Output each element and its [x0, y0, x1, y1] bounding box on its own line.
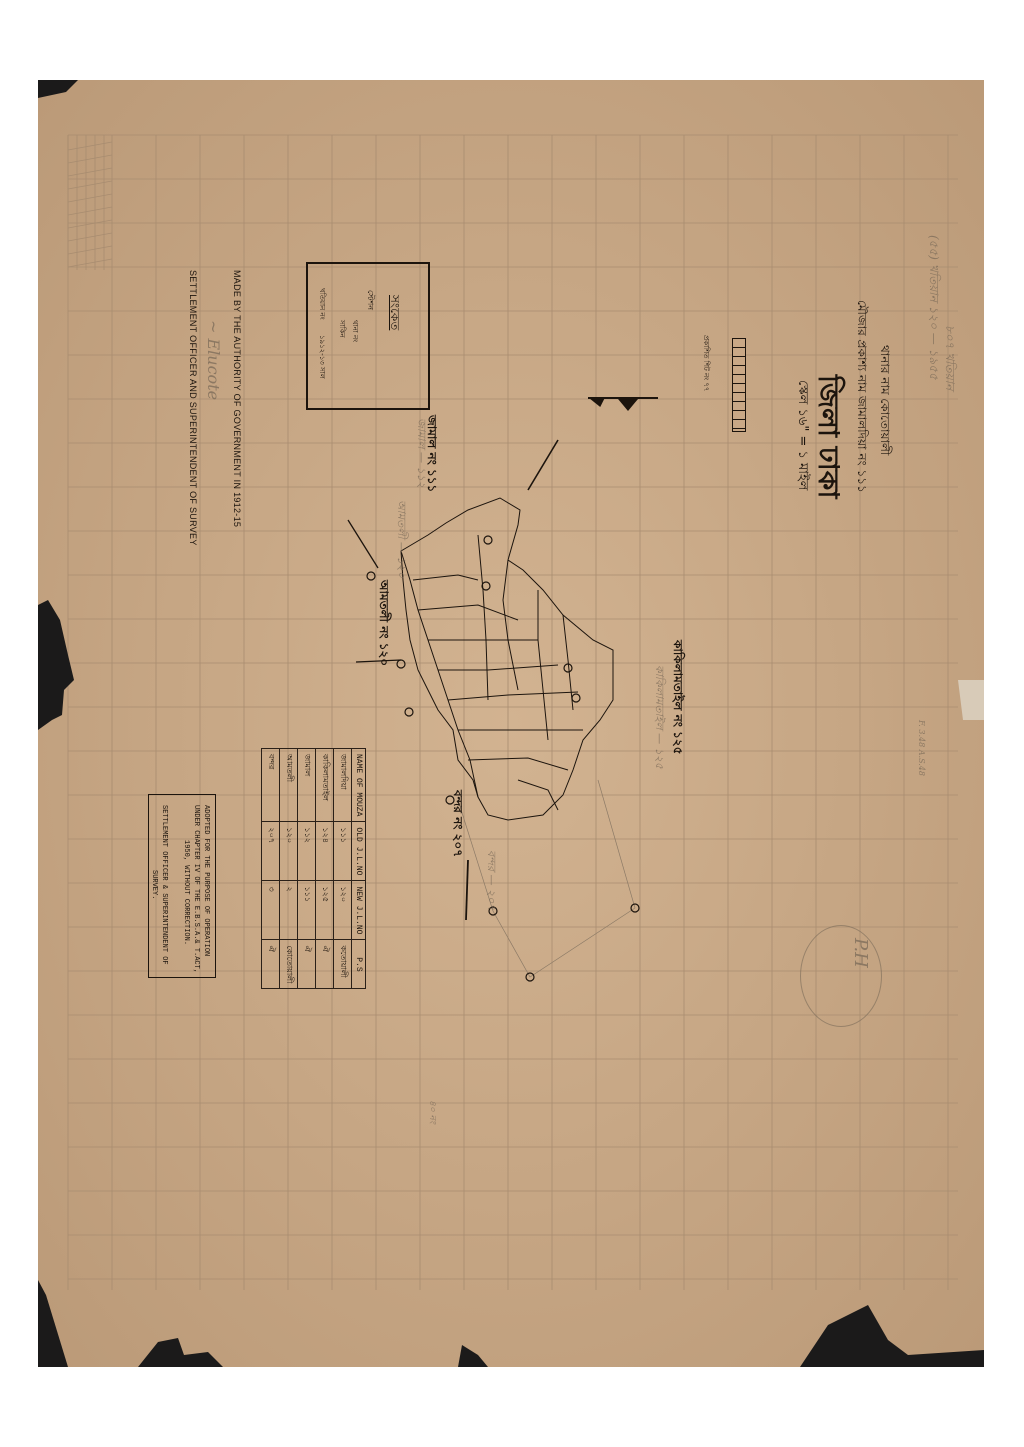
table-row: জামালদিয়া১১১১২০কতোয়ালী	[334, 749, 352, 989]
legend-sakin: সাকিন	[336, 320, 348, 338]
table-header: OLD J.L.NO	[352, 822, 366, 881]
handwritten-note: কাকিলামতাইল — ১২৫	[649, 665, 668, 769]
map-sheet: থানার নাম কোতোয়ালী মৌজার প্রকাশ্য নাম জ…	[38, 80, 984, 1367]
boundary-label-south: বন্দর নং ২০৭	[446, 790, 466, 857]
mouza-table: NAME OF MOUZAOLD J.L.NONEW J.L.NOP.S জাম…	[261, 748, 366, 989]
handwritten-note: বন্দর — ২০৭	[481, 850, 500, 910]
mouza-name: মৌজার প্রকাশ্য নাম জামালদিয়া নং ১১১	[850, 300, 870, 493]
mouza-table-wrapper: NAME OF MOUZAOLD J.L.NONEW J.L.NOP.S জাম…	[261, 748, 366, 989]
table-cell: আমতলী	[280, 749, 298, 822]
scale-bar-caption: প্রকাশিত শিট নং ৭৭	[700, 335, 712, 391]
authority-title: SETTLEMENT OFFICER AND SUPERINTENDENT OF…	[188, 270, 198, 546]
table-row: বন্দর২০৭৩ঐ	[262, 749, 280, 989]
handwritten-note: জামাল — ১১২	[411, 418, 430, 488]
stamp-line: 1950, WITHOUT CORRECTION.	[182, 840, 190, 945]
legend-station: স্টেশন	[363, 290, 376, 310]
legend-thana: থানা নং	[349, 320, 361, 342]
table-cell: কোতোয়ালী	[280, 940, 298, 989]
table-row: আমতলী১২০২কোতোয়ালী	[280, 749, 298, 989]
handwritten-note: আমতলী — ১২০	[391, 500, 410, 578]
signature: ~ Elucote	[204, 320, 223, 400]
handwritten-note: F. 3.48 A.S.48	[917, 720, 926, 776]
boundary-label-west: আমতলী নং ১২০	[372, 580, 392, 666]
table-cell: জামাল	[298, 749, 316, 822]
stamp-line: UNDER CHAPTER IV OF THE E.B.S.A.& T.ACT,	[192, 805, 200, 973]
table-cell: ১১১	[334, 822, 352, 881]
table-header: NEW J.L.NO	[352, 881, 366, 940]
stamp-line: SURVEY.	[150, 870, 158, 899]
table-cell: ২০৭	[262, 822, 280, 881]
table-cell: ১২০	[280, 822, 298, 881]
pencil-circle	[800, 925, 882, 1027]
table-cell: ১১২	[298, 822, 316, 881]
thana-name: থানার নাম কোতোয়ালী	[873, 345, 893, 455]
table-row: জামাল১১২১১১ঐ	[298, 749, 316, 989]
handwritten-note: (৫৫) খতিয়ান ১২০ — ১৯৫৫	[922, 235, 942, 380]
table-cell: ২	[280, 881, 298, 940]
handwritten-note: ৪০ নং	[425, 1100, 440, 1124]
legend-year: ১৯১২-১৩ সাল	[316, 335, 328, 379]
table-cell: কাকিলামতাইল	[316, 749, 334, 822]
table-row: কাকিলামতাইল১২৪১২৫ঐ	[316, 749, 334, 989]
scale-text: স্কেল ১৬" = ১ মাইল	[791, 380, 812, 491]
stamp-line: ADOPTED FOR THE PURPOSE OF OPERATION	[202, 805, 210, 956]
boundary-label-east: কাকিলামতাইল নং ১২৫	[666, 640, 686, 755]
legend-title: সংকেত	[383, 295, 403, 330]
authority-line: MADE BY THE AUTHORITY OF GOVERNMENT IN 1…	[232, 270, 242, 527]
stamp-line: SETTLEMENT OFFICER & SUPERINTENDENT OF	[160, 805, 168, 965]
table-header: NAME OF MOUZA	[352, 749, 366, 822]
scale-bar	[732, 338, 746, 432]
table-cell: ঐ	[298, 940, 316, 989]
table-cell: ঐ	[316, 940, 334, 989]
table-cell: কতোয়ালী	[334, 940, 352, 989]
table-cell: ঐ	[262, 940, 280, 989]
table-cell: জামালদিয়া	[334, 749, 352, 822]
table-cell: ৩	[262, 881, 280, 940]
legend-khatian: খতিয়ান নং	[316, 288, 328, 320]
table-cell: ১১১	[298, 881, 316, 940]
table-header: P.S	[352, 940, 366, 989]
map-drawing	[38, 80, 984, 1367]
table-cell: ১২৪	[316, 822, 334, 881]
table-cell: ১২০	[334, 881, 352, 940]
table-cell: বন্দর	[262, 749, 280, 822]
table-cell: ১২৫	[316, 881, 334, 940]
